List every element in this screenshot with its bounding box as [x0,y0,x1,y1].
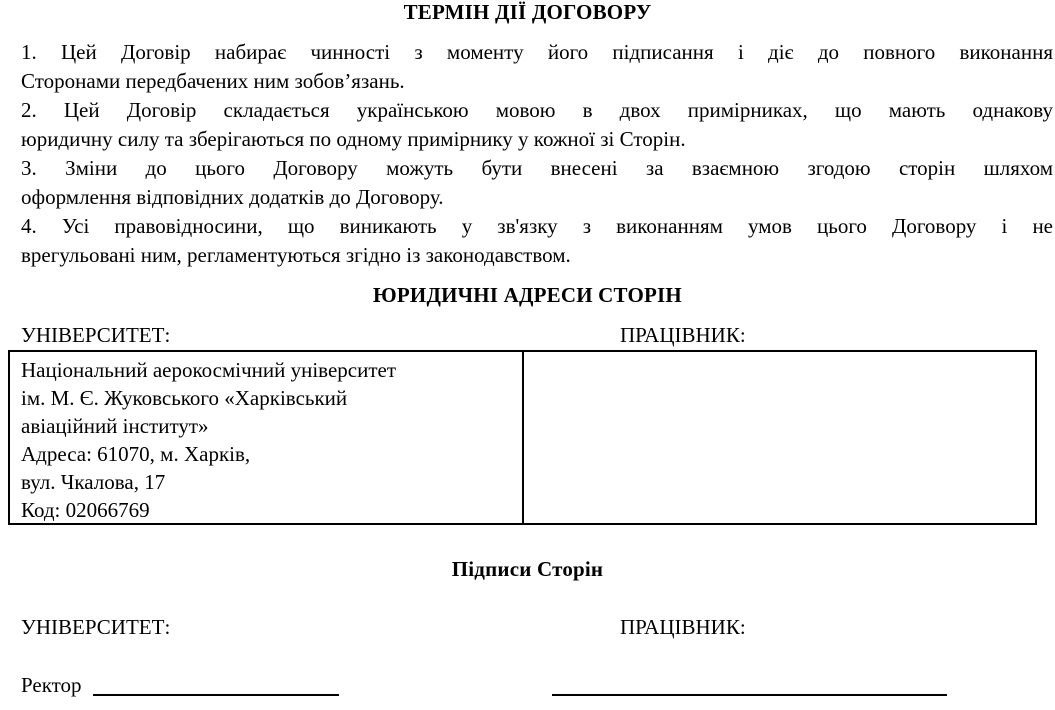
clause-4-line-1: 4. Усі правовідносини, що виникають у зв… [21,212,1053,241]
university-address-line: авіаційний інститут» [21,412,522,440]
signatures-section-title: Підписи Сторін [0,557,1055,582]
university-address-cell: Національний аерокосмічний університет і… [10,352,524,523]
clause-2-line-1: 2. Цей Договір складається українською м… [21,96,1053,125]
clause-3: 3. Зміни до цього Договору можуть бути в… [21,154,1053,212]
employee-signature-line [552,694,947,696]
term-section-title: ТЕРМІН ДІЇ ДОГОВОРУ [0,0,1055,25]
university-address-line: Адреса: 61070, м. Харків, [21,440,522,468]
signature-university-label: УНІВЕРСИТЕТ: [21,615,170,640]
addresses-table: Національний аерокосмічний університет і… [8,350,1037,525]
addresses-section-title: ЮРИДИЧНІ АДРЕСИ СТОРІН [0,283,1055,308]
signature-employee-label: ПРАЦІВНИК: [620,615,746,640]
university-address-line: ім. М. Є. Жуковського «Харківський [21,384,522,412]
clause-4: 4. Усі правовідносини, що виникають у зв… [21,212,1053,270]
university-address-line: Національний аерокосмічний університет [21,356,522,384]
clause-2-line-2: юридичну силу та зберігаються по одному … [21,125,1053,154]
employee-address-cell [524,352,1035,523]
clause-1-line-1: 1. Цей Договір набирає чинності з момент… [21,38,1053,67]
address-university-label: УНІВЕРСИТЕТ: [21,323,170,348]
university-address-line: Код: 02066769 [21,496,522,524]
clause-3-line-2: оформлення відповідних додатків до Догов… [21,183,1053,212]
clause-2: 2. Цей Договір складається українською м… [21,96,1053,154]
clause-1: 1. Цей Договір набирає чинності з момент… [21,38,1053,96]
address-employee-label: ПРАЦІВНИК: [620,323,746,348]
rector-label: Ректор [21,673,82,698]
university-address-line: вул. Чкалова, 17 [21,468,522,496]
clause-1-line-2: Сторонами передбачених ним зобов’язань. [21,67,1053,96]
rector-signature-line [93,694,339,696]
clause-3-line-1: 3. Зміни до цього Договору можуть бути в… [21,154,1053,183]
clause-4-line-2: врегульовані ним, регламентуються згідно… [21,241,1053,270]
